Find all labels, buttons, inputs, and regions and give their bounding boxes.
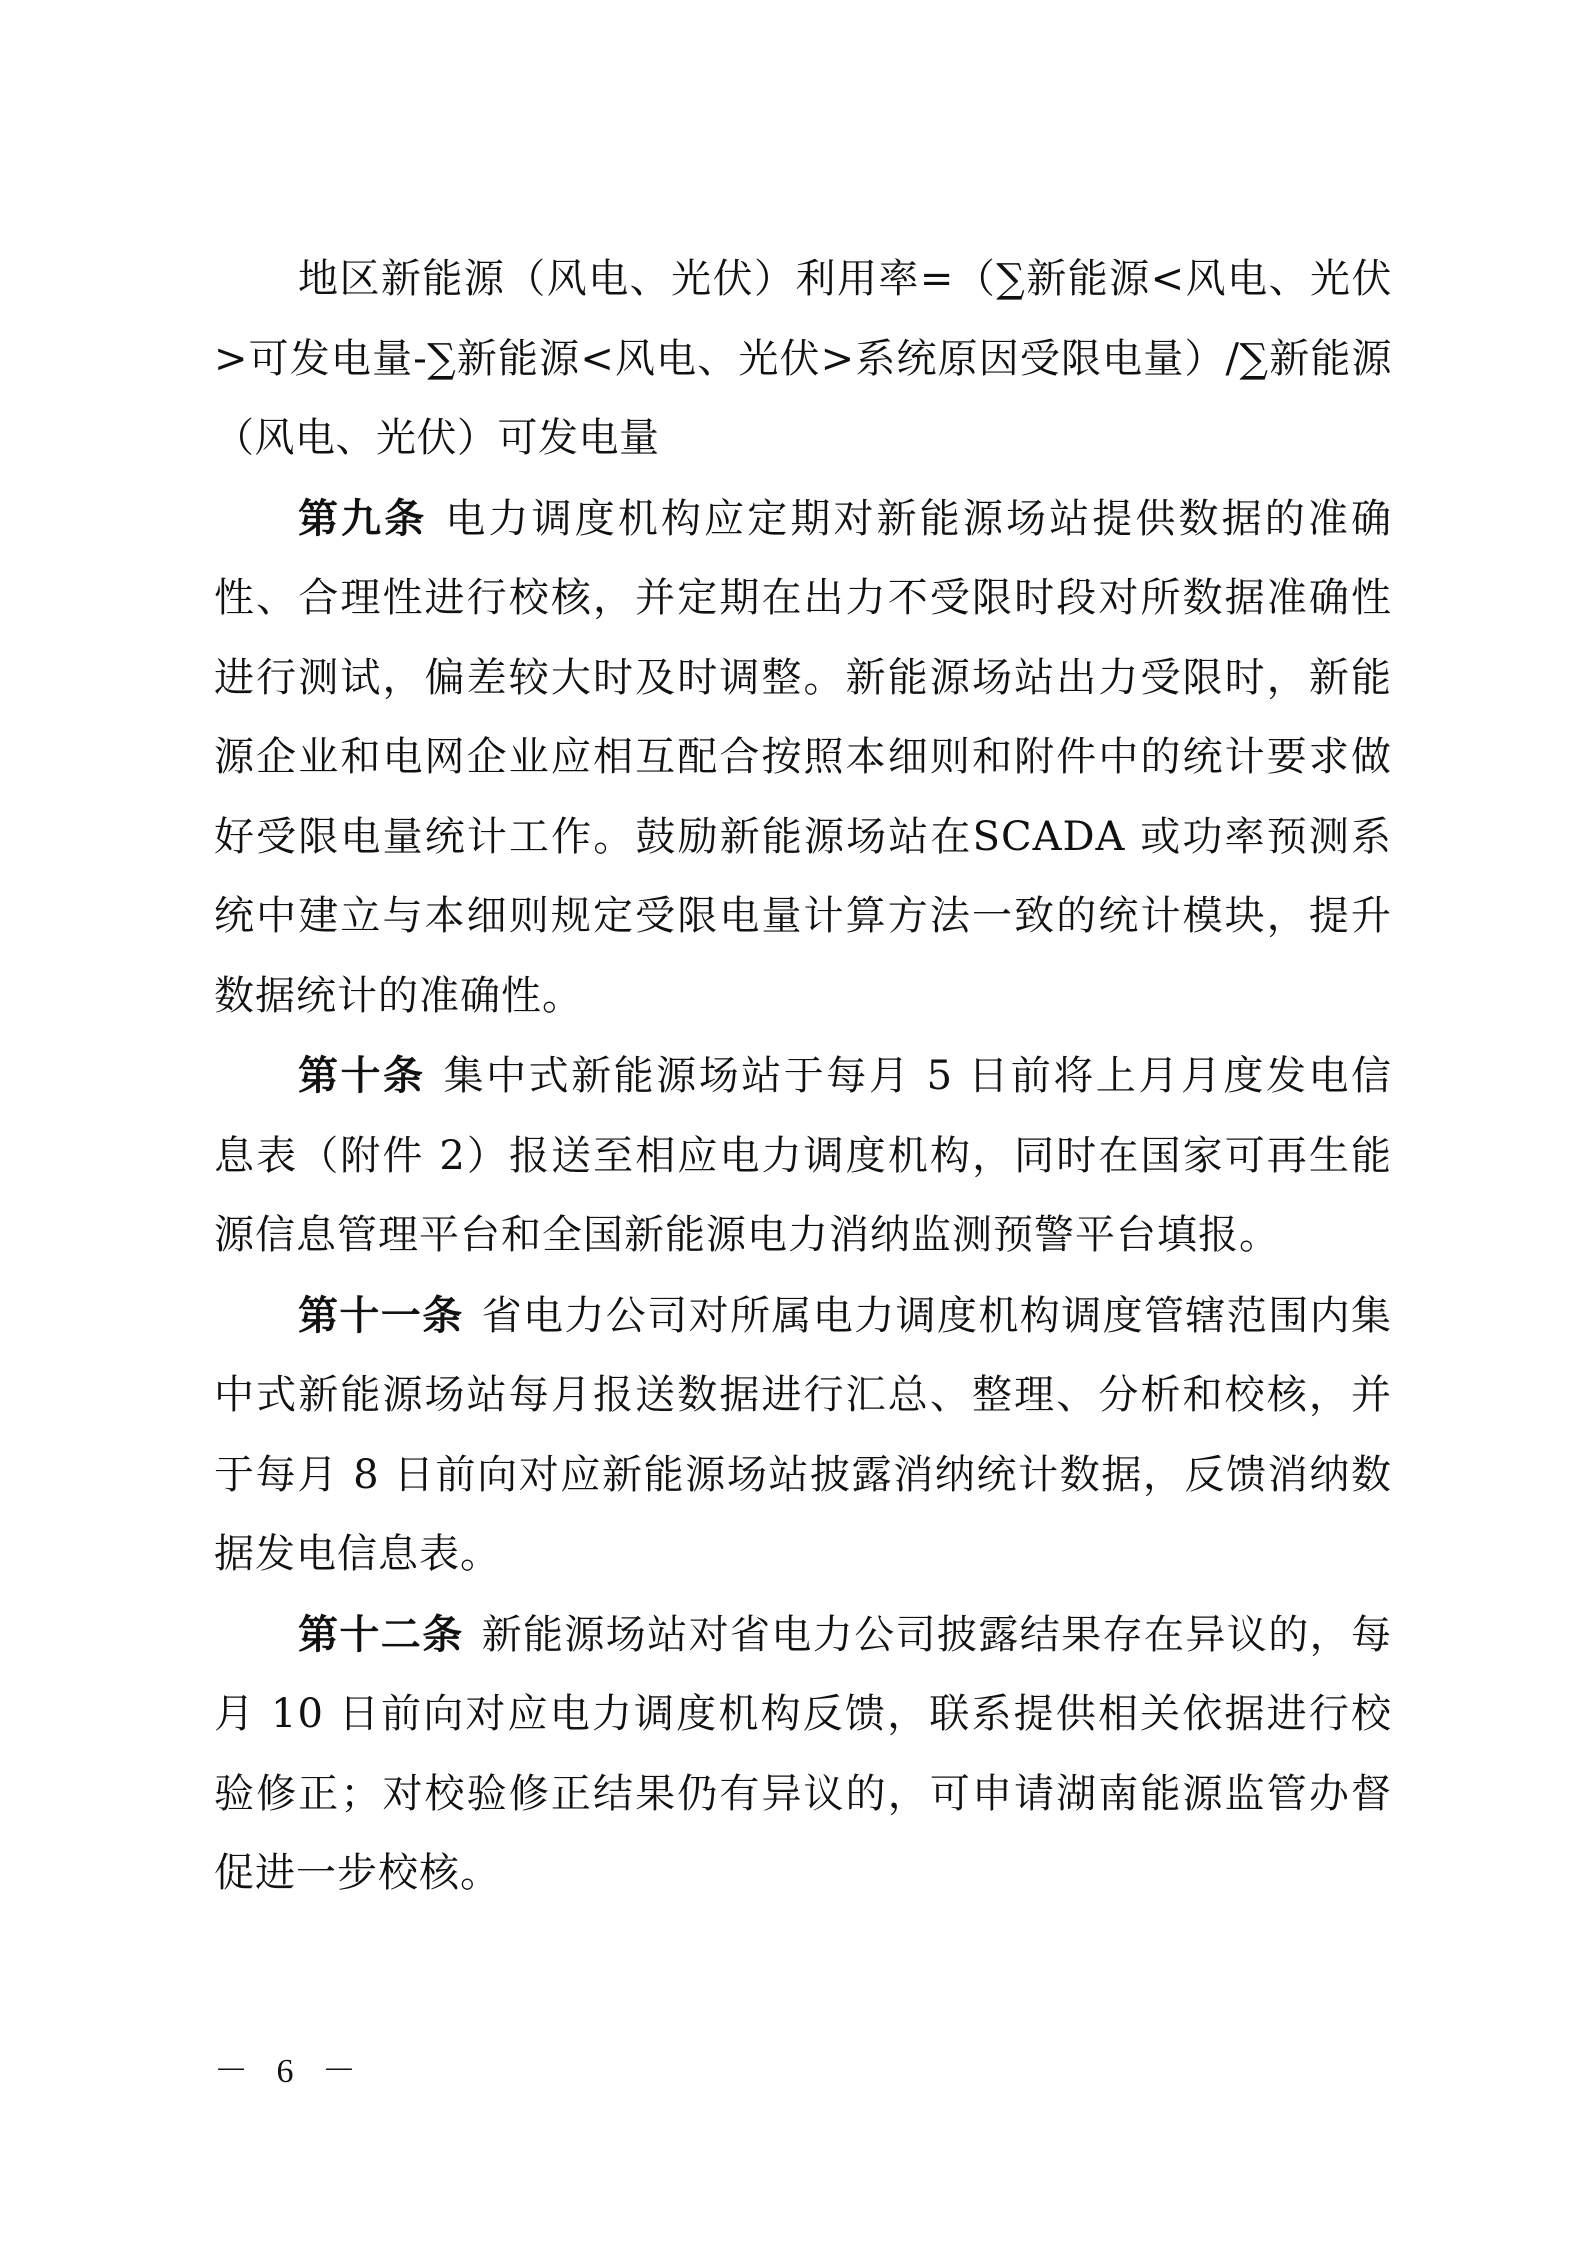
page-number: － 6 －	[214, 2043, 366, 2092]
article-10: 第十条集中式新能源场站于每月 5 日前将上月月度发电信息表（附件 2）报送至相应…	[214, 1036, 1392, 1276]
article-11: 第十一条省电力公司对所属电力调度机构调度管辖范围内集中式新能源场站每月报送数据进…	[214, 1276, 1392, 1595]
utilization-formula: 地区新能源（风电、光伏）利用率=（∑新能源<风电、光伏>可发电量-∑新能源<风电…	[214, 240, 1392, 479]
article-label: 第九条	[298, 495, 427, 542]
article-text: 电力调度机构应定期对新能源场站提供数据的准确性、合理性进行校核，并定期在出力不受…	[214, 496, 1392, 1019]
article-9: 第九条电力调度机构应定期对新能源场站提供数据的准确性、合理性进行校核，并定期在出…	[214, 479, 1392, 1037]
article-label: 第十条	[298, 1052, 426, 1099]
document-body: 地区新能源（风电、光伏）利用率=（∑新能源<风电、光伏>可发电量-∑新能源<风电…	[214, 240, 1392, 1914]
article-12: 第十二条新能源场站对省电力公司披露结果存在异议的，每月 10 日前向对应电力调度…	[214, 1595, 1392, 1914]
article-label: 第十二条	[298, 1611, 464, 1658]
article-label: 第十一条	[298, 1292, 464, 1339]
